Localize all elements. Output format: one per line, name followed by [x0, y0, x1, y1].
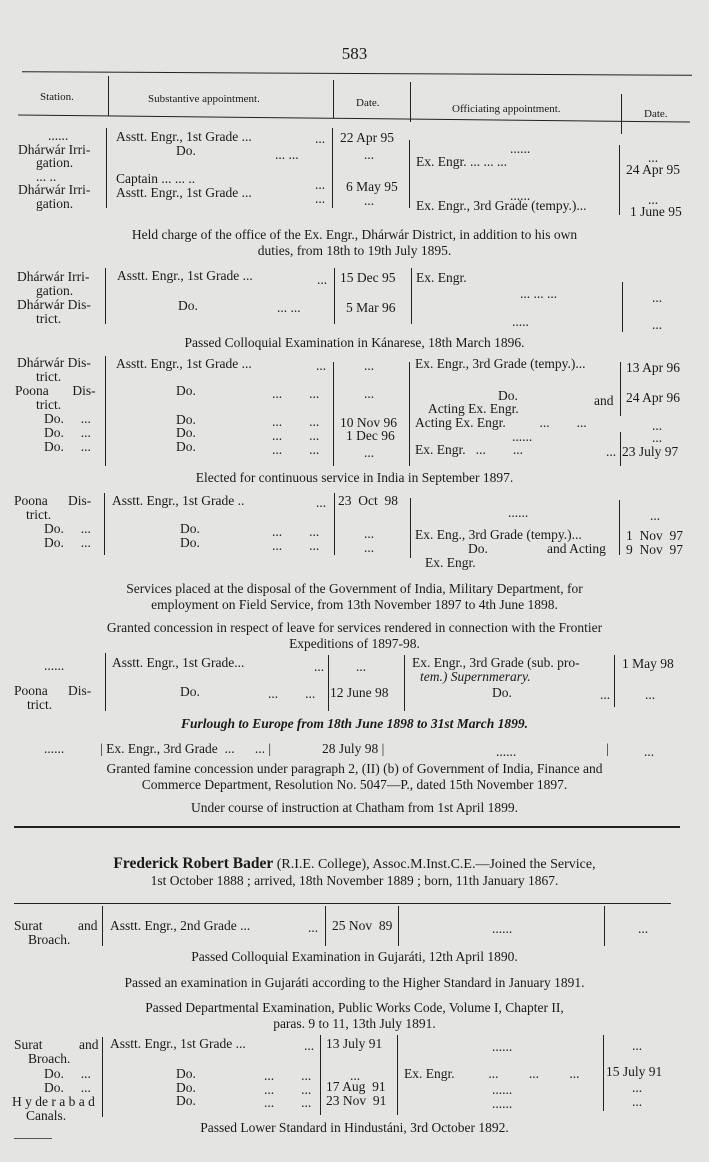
officiating-date: 13 Apr 96 — [626, 360, 680, 375]
col-divider — [398, 906, 399, 946]
note: paras. 9 to 11, 13th July 1891. — [0, 1016, 709, 1032]
col-divider — [614, 655, 615, 707]
dots: ... ... — [272, 538, 319, 553]
col-divider — [328, 655, 329, 711]
officiating-dots: ..... — [512, 314, 529, 329]
officiating-date: 1 June 95 — [630, 204, 682, 219]
officiating-and-acting: and Acting — [547, 541, 606, 556]
station: Poona Dis- — [15, 383, 96, 398]
header-bottom-rule — [18, 114, 690, 122]
date: 6 May 95 — [346, 179, 398, 194]
header-date: Date. — [356, 96, 380, 111]
officiating-dots: ... — [600, 687, 610, 702]
date: ... — [364, 386, 374, 401]
date: 22 Apr 95 — [340, 130, 394, 145]
col-divider — [332, 128, 333, 208]
dots: ... — [315, 191, 325, 206]
footer-mark — [14, 1138, 52, 1139]
substantive: Do. — [178, 298, 198, 313]
substantive: Do. — [180, 684, 200, 699]
station: trict. — [26, 507, 51, 522]
substantive: Do. — [180, 521, 200, 536]
station: Do. ... — [44, 535, 91, 550]
substantive: Asstt. Engr., 2nd Grade ... — [110, 918, 250, 933]
date: ... — [364, 526, 374, 541]
station: gation. — [36, 283, 73, 298]
col-divider — [409, 362, 410, 466]
officiating-date: ... — [632, 1080, 642, 1095]
station: gation. — [36, 155, 73, 170]
col-divider — [104, 493, 105, 555]
officiating-date: ... — [652, 317, 662, 332]
col-divider — [622, 282, 623, 332]
header-station: Station. — [40, 90, 74, 105]
station: and — [79, 1037, 99, 1052]
note: Expeditions of 1897-98. — [0, 636, 709, 652]
officiating: Ex. Engr. ... ... — [415, 442, 523, 457]
col-divider — [411, 268, 412, 324]
header-substantive: Substantive appointment. — [148, 92, 260, 107]
substantive: Asstt. Engr., 1st Grade ... — [117, 268, 253, 283]
col-divider — [105, 268, 106, 324]
substantive: Asstt. Engr., 1st Grade .. — [112, 493, 244, 508]
station: Dhárwár Irri- — [18, 182, 90, 197]
station: gation. — [36, 196, 73, 211]
officiating: Ex. Engr., 3rd Grade (tempy.)... — [415, 356, 585, 371]
col-divider — [320, 1035, 321, 1115]
dots: ... — [316, 358, 326, 373]
station: Poona Dis- — [14, 683, 91, 698]
date: 25 Nov 89 — [332, 918, 392, 933]
col-divider — [106, 128, 107, 208]
page-number: 583 — [0, 44, 709, 64]
col-divider — [620, 432, 621, 466]
header-officiating: Officiating appointment. — [452, 102, 561, 117]
substantive: Asstt. Engr., 1st Grade ... — [116, 129, 252, 144]
dots: ... ... — [272, 442, 319, 457]
station: Broach. — [28, 1051, 70, 1066]
officiating: Acting Ex. Engr. ... ... — [415, 415, 587, 430]
date: ... — [364, 540, 374, 555]
date: 13 July 91 — [326, 1036, 382, 1051]
col-divider — [333, 80, 334, 118]
officiating-date: 24 Apr 96 — [626, 390, 680, 405]
officiating-dots: ...... — [492, 1082, 512, 1097]
col-divider — [108, 76, 109, 116]
officiating-date: ... — [652, 290, 662, 305]
dots: ... ... — [264, 1068, 311, 1083]
table-rule — [14, 903, 671, 904]
station: Do. ... — [44, 1066, 91, 1081]
officiating: tem.) Supernmerary. — [420, 669, 531, 684]
date: 23 Nov 91 — [326, 1093, 386, 1108]
col-divider — [604, 906, 605, 946]
dots: ... ... — [275, 147, 299, 162]
date: 12 June 98 — [330, 685, 389, 700]
station: Dhárwár Dis- — [17, 297, 91, 312]
officiating: Ex. Engr. — [416, 270, 467, 285]
dots: ... — [314, 659, 324, 674]
col-divider — [619, 145, 620, 215]
substantive: Do. — [180, 535, 200, 550]
furlough-note: Furlough to Europe from 18th June 1898 t… — [0, 716, 709, 732]
station: ...... — [44, 658, 64, 673]
col-divider — [409, 140, 410, 208]
station: Do. ... — [44, 1080, 91, 1095]
date: ... — [364, 445, 374, 460]
station: Dhárwár Irri- — [17, 269, 89, 284]
officiating: Do. — [492, 685, 512, 700]
officiating-date: ... — [632, 1094, 642, 1109]
date: 15 Dec 95 — [340, 270, 395, 285]
officiating-date: 15 July 91 — [606, 1064, 662, 1079]
col-divider — [102, 906, 103, 946]
substantive: Do. — [176, 1093, 196, 1108]
substantive: Captain ... ... .. — [116, 171, 195, 186]
station: Do. ... — [44, 521, 91, 536]
header-top-rule — [22, 71, 692, 76]
dots: ... ... — [277, 300, 301, 315]
officiating-dots: ...... — [492, 921, 512, 936]
station: trict. — [27, 697, 52, 712]
officiating: Ex. Engr., 3rd Grade (tempy.)... — [416, 198, 586, 213]
note: Commerce Department, Resolution No. 5047… — [0, 777, 709, 793]
station: Do. ... — [44, 439, 91, 454]
officiating-date: ... — [632, 1038, 642, 1053]
date: 17 Aug 91 — [326, 1079, 386, 1094]
officiating-and: and — [594, 393, 614, 408]
note: Services placed at the disposal of the G… — [0, 581, 709, 597]
dots: ... ... — [272, 386, 319, 401]
col-divider — [404, 655, 405, 711]
dots: ... — [315, 131, 325, 146]
date: 28 July 98 | — [322, 741, 384, 756]
col-divider — [620, 362, 621, 416]
person-heading: Frederick Robert Bader (R.I.E. College),… — [0, 856, 709, 873]
substantive: Asstt. Engr., 1st Grade ... — [110, 1036, 246, 1051]
officiating-date: 1 May 98 — [622, 656, 674, 671]
dots: ... ... — [272, 524, 319, 539]
officiating-date: ... — [652, 430, 662, 445]
station: H y de r a b a d — [12, 1094, 95, 1109]
dots: ... — [308, 920, 318, 935]
col-divider — [102, 1037, 103, 1117]
date: 5 Mar 96 — [346, 300, 396, 315]
dots: ... — [317, 272, 327, 287]
col-divider — [334, 493, 335, 555]
note: Passed Lower Standard in Hindustáni, 3rd… — [0, 1120, 709, 1136]
officiating-dots: ...... — [510, 141, 530, 156]
station: ...... — [48, 128, 68, 143]
note: Granted concession in respect of leave f… — [0, 620, 709, 636]
substantive: Do. — [176, 439, 196, 454]
station: Do. ... — [44, 425, 91, 440]
substantive: Asstt. Engr., 1st Grade ... — [116, 185, 252, 200]
substantive: Do. — [176, 143, 196, 158]
officiating-dots: ... ... ... — [520, 286, 557, 301]
officiating: Acting Ex. Engr. — [428, 401, 519, 416]
officiating: Ex. Engr. — [425, 555, 476, 570]
station: trict. — [36, 311, 61, 326]
note: Passed Colloquial Examination in Gujarát… — [0, 949, 709, 965]
col-divider — [333, 362, 334, 466]
station: trict. — [36, 369, 61, 384]
officiating: Ex. Engr. ... ... ... — [416, 154, 507, 169]
station: Broach. — [28, 932, 70, 947]
note: employment on Field Service, from 13th N… — [0, 597, 709, 613]
officiating-date: 1 Nov 97 — [626, 528, 683, 543]
substantive: Asstt. Engr., 1st Grade ... — [116, 356, 252, 371]
substantive: Do. — [176, 383, 196, 398]
officiating: Ex. Engr. ... ... ... — [404, 1066, 580, 1081]
person-details-line2: 1st October 1888 ; arrived, 18th Novembe… — [0, 873, 709, 889]
substantive: Asstt. Engr., 1st Grade... — [112, 655, 244, 670]
officiating-date: 9 Nov 97 — [626, 542, 683, 557]
date: ... — [356, 659, 366, 674]
date: ... — [364, 193, 374, 208]
note: Passed an examination in Gujaráti accord… — [0, 975, 709, 991]
dots: ... — [304, 1038, 314, 1053]
note: Elected for continuous service in India … — [0, 470, 709, 486]
substantive: Do. — [176, 425, 196, 440]
note: Granted famine concession under paragrap… — [0, 761, 709, 777]
substantive: | Ex. Engr., 3rd Grade ... ... | — [100, 741, 271, 756]
col-divider — [410, 498, 411, 558]
col-divider — [397, 1035, 398, 1115]
station: ...... — [44, 741, 64, 756]
dots: ... — [316, 495, 326, 510]
station: Surat — [14, 918, 43, 933]
note: Under course of instruction at Chatham f… — [0, 800, 709, 816]
date: ... — [364, 147, 374, 162]
officiating-date: ... — [650, 508, 660, 523]
officiating-dots: ...... — [492, 1039, 512, 1054]
dots: ... ... — [264, 1095, 311, 1110]
officiating-date: ... — [644, 744, 654, 759]
header-date-2: Date. — [644, 107, 668, 122]
document-page: 583 Station. Substantive appointment. Da… — [0, 0, 709, 1162]
separator: | — [606, 741, 609, 756]
col-divider — [105, 653, 106, 711]
officiating-date: 23 July 97 — [622, 444, 678, 459]
station: trict. — [36, 397, 61, 412]
col-divider — [334, 268, 335, 324]
station: Do. ... — [44, 411, 91, 426]
dots: ... — [315, 177, 325, 192]
officiating-dots: ... — [606, 444, 616, 459]
officiating-dots: ...... — [492, 1096, 512, 1111]
date: 23 Oct 98 — [338, 493, 398, 508]
station: Surat — [14, 1037, 43, 1052]
date: ... — [364, 358, 374, 373]
col-divider — [105, 356, 106, 466]
officiating: Do. — [468, 541, 488, 556]
officiating-date: 24 Apr 95 — [626, 162, 680, 177]
col-divider — [603, 1035, 604, 1111]
officiating-dots: ...... — [508, 505, 528, 520]
person-details: (R.I.E. College), Assoc.M.Inst.C.E.—Join… — [273, 857, 595, 872]
dots: ... ... — [272, 414, 319, 429]
col-divider — [325, 906, 326, 946]
station: Dhárwár Dis- — [17, 355, 91, 370]
station: and — [78, 918, 98, 933]
date: 1 Dec 96 — [346, 428, 395, 443]
officiating-dots: ...... — [496, 744, 516, 759]
dots: ... ... — [272, 428, 319, 443]
officiating: Ex. Eng., 3rd Grade (tempy.)... — [415, 527, 582, 542]
officiating-date: ... — [645, 687, 655, 702]
officiating-date: ... — [638, 921, 648, 936]
note: duties, from 18th to 19th July 1895. — [0, 243, 709, 259]
officiating: Ex. Engr., 3rd Grade (sub. pro- — [412, 655, 580, 670]
col-divider — [621, 94, 622, 134]
person-name: Frederick Robert Bader — [113, 855, 273, 872]
note: Passed Colloquial Examination in Kánares… — [0, 335, 709, 351]
note: Held charge of the office of the Ex. Eng… — [0, 227, 709, 243]
col-divider — [410, 82, 411, 122]
dots: ... ... — [268, 686, 315, 701]
note: Passed Departmental Examination, Public … — [0, 1000, 709, 1016]
station: Poona Dis- — [14, 493, 91, 508]
section-separator — [14, 826, 680, 828]
substantive: Do. — [176, 1066, 196, 1081]
col-divider — [619, 500, 620, 555]
